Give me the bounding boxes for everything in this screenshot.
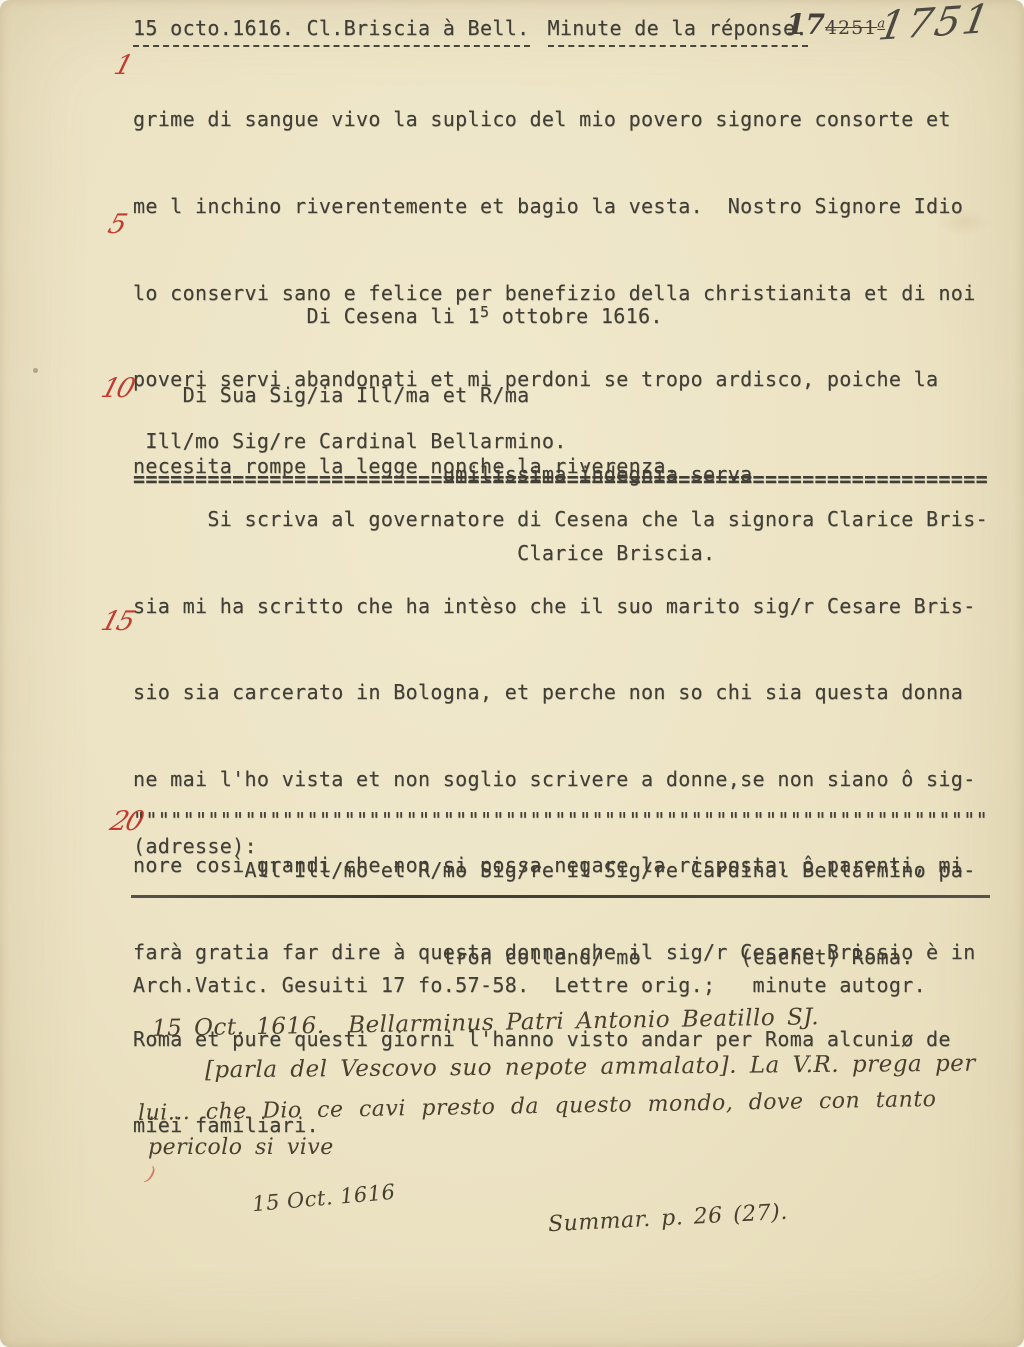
dateline-prefix: Di Cesena li 1 bbox=[133, 304, 480, 328]
paper-speck bbox=[33, 368, 38, 373]
margin-line-number-1: 1 bbox=[111, 50, 135, 81]
source-citation: Arch.Vatic. Gesuiti 17 fo.57-58. Lettre … bbox=[133, 970, 926, 1000]
letter-dateline: Di Cesena li 15 ottobre 1616. bbox=[133, 297, 753, 332]
dateline-suffix: ottobre 1616. bbox=[489, 304, 662, 328]
letter-line: me l inchino riverentemente et bagio la … bbox=[133, 187, 976, 226]
margin-line-number-15: 15 bbox=[98, 606, 137, 637]
margin-line-number-5: 5 bbox=[105, 209, 129, 240]
folio-prefix: 17 bbox=[786, 8, 825, 41]
document-header: 15 octo.1616. Cl.Briscia à Bell. Minute … bbox=[133, 16, 808, 47]
horizontal-rule bbox=[131, 895, 990, 898]
paper-stain bbox=[938, 208, 990, 236]
handwritten-note-line: pericolo si vive bbox=[148, 1135, 334, 1160]
letter-line: grime di sangue vivo la suplico del mio … bbox=[133, 100, 976, 139]
reply-line: sio sia carcerato in Bologna, et perche … bbox=[133, 673, 988, 712]
margin-line-number-10: 10 bbox=[98, 373, 137, 404]
scanned-letter-page: 15 octo.1616. Cl.Briscia à Bell. Minute … bbox=[0, 0, 1024, 1347]
header-date-title: 15 octo.1616. Cl.Briscia à Bell. bbox=[133, 16, 530, 47]
adresse-line: All'Ill/mo et R/mo Sig/re il Sig/re Card… bbox=[133, 851, 976, 890]
folio-struck-number: 4251 bbox=[825, 17, 877, 39]
folio-number-old: 174251a bbox=[786, 8, 885, 41]
handwritten-reference: Summar. p. 26 (27). bbox=[548, 1200, 789, 1238]
reply-line: Si scriva al governatore di Cesena che l… bbox=[133, 500, 988, 539]
folio-number-new: 1751 bbox=[875, 0, 995, 50]
reply-line: sia mi ha scritto che ha intèso che il s… bbox=[133, 587, 988, 626]
header-subtitle: Minute de la réponse. bbox=[548, 16, 808, 47]
dateline-superscript: 5 bbox=[480, 303, 489, 321]
